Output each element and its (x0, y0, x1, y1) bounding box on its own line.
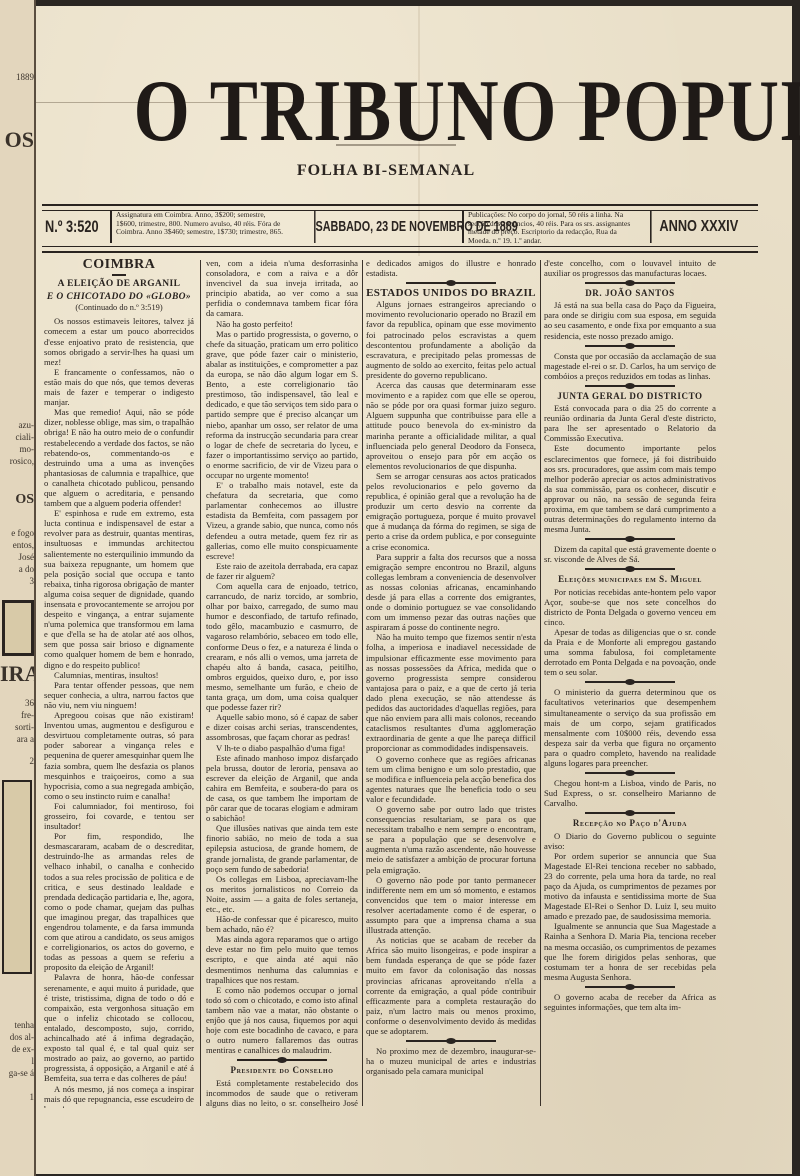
column-1: COIMBRA A ELEIÇÃO DE ARGANIL E O CHICOTA… (44, 258, 194, 1108)
section-heading-presidente: Presidente do Conselho (206, 1065, 358, 1075)
paragraph: O governo acaba de receber da Africa as … (544, 992, 716, 1012)
divider-ornament (585, 282, 675, 284)
divider-ornament (585, 385, 675, 387)
subtitle-ornament (336, 144, 456, 146)
paragraph: ven, com a ideia n'uma desforrasinha con… (206, 258, 358, 319)
issue-date: SABBADO, 23 DE NOVEMBRO DE 1889 (314, 211, 438, 243)
paragraph: Por ordem superior se annuncia que Sua M… (544, 851, 716, 922)
column-divider (540, 260, 541, 1106)
divider-ornament (585, 986, 675, 988)
paragraph: E' o trabalho mais notavel, este da chef… (206, 480, 358, 561)
article-columns: COIMBRA A ELEIÇÃO DE ARGANIL E O CHICOTA… (44, 258, 756, 1158)
adjacent-page-strip: 1889 OS azu- ciali- mo- rosico, OS e fog… (0, 0, 36, 1176)
paragraph: d'este concelho, com o louvavel intuito … (544, 258, 716, 278)
paragraph: Hão-de confessar que é picaresco, muito … (206, 914, 358, 934)
paragraph: Com aquella cara de enjoado, tetrico, ca… (206, 581, 358, 712)
news-item-title: JUNTA GERAL DO DISTRICTO (544, 391, 716, 401)
column-2: ven, com a ideia n'uma desforrasinha con… (206, 258, 358, 1108)
divider-ornament (585, 681, 675, 683)
paragraph: Aquelle sabio mono, só é capaz de saber … (206, 712, 358, 742)
strip-fragment: 1889 (0, 72, 34, 82)
paragraph: Não ha gosto perfeito! (206, 319, 358, 329)
strip-fragment: 3 (0, 576, 34, 586)
paragraph: Para tentar offender pessoas, que nem se… (44, 680, 194, 710)
paragraph: Palavra de honra, hão-de confessar seren… (44, 972, 194, 1083)
column-divider (362, 260, 363, 1106)
strip-fragment: l (0, 1056, 34, 1066)
dash-ornament (112, 274, 126, 276)
masthead: O TRIBUNO POPULAR FOLHA BI-SEMANAL N.º 3… (36, 6, 792, 256)
paragraph: Acerca das causas que determinaram esse … (366, 380, 536, 471)
paragraph: V lh-te o diabo paspalhão d'uma figa! (206, 743, 358, 753)
strip-ornament-box (2, 600, 34, 656)
strip-fragment: José (0, 552, 34, 562)
paragraph: Calumnias, mentiras, insultos! (44, 670, 194, 680)
strip-fragment: rosico, (0, 456, 34, 466)
newspaper-subtitle: FOLHA BI-SEMANAL (216, 162, 556, 180)
paragraph: Igualmente se annuncia que Sua Magestade… (544, 921, 716, 982)
divider-ornament (406, 1040, 496, 1042)
paragraph: No proximo mez de dezembro, inaugurar-se… (366, 1046, 536, 1076)
paragraph: O ministerio da guerra determinou que os… (544, 687, 716, 768)
strip-fragment: OS (0, 128, 34, 152)
paragraph: Que illusões nativas que ainda tem este … (206, 823, 358, 873)
strip-fragment: 36 (0, 698, 34, 708)
issue-number: N.º 3:520 (42, 217, 93, 237)
news-item-title: Recepção no Paço d'Ajuda (544, 818, 716, 828)
paragraph: Sem se arrogar censuras aos actos pratic… (366, 471, 536, 552)
article-subheadline: E O CHICOTADO DO «GLOBO» (44, 292, 194, 302)
strip-fragment: mo- (0, 444, 34, 454)
divider-ornament (237, 1059, 327, 1061)
paragraph: Por fim, respondido, lhe desmascararam, … (44, 831, 194, 972)
paragraph: Já está na sua bella casa do Paço da Fig… (544, 300, 716, 340)
paragraph: Não ha muito tempo que fizemos sentir n'… (366, 632, 536, 753)
paragraph: O governo sabe por outro lado que triste… (366, 804, 536, 875)
paragraph: Chegou hont-m a Lisboa, vindo de Paris, … (544, 778, 716, 808)
column-3: e dedicados amigos do illustre e honrado… (366, 258, 536, 1108)
strip-fragment: IRA (0, 662, 34, 686)
section-heading-brazil: ESTADOS UNIDOS DO BRAZIL (366, 288, 536, 298)
newspaper-page: O TRIBUNO POPULAR FOLHA BI-SEMANAL N.º 3… (36, 6, 792, 1174)
paragraph: Os nossos estimaveis leitores, talvez já… (44, 316, 194, 366)
strip-fragment: ciali- (0, 432, 34, 442)
paragraph: e dedicados amigos do illustre e honrado… (366, 258, 536, 278)
paragraph: A nós mesmo, já nos começa a inspirar ma… (44, 1084, 194, 1109)
strip-fragment: 2 (0, 756, 34, 766)
infobar-rule-bottom (42, 246, 758, 253)
paragraph: Mas o partido progressista, o governo, o… (206, 329, 358, 480)
strip-fragment: ara a (0, 734, 34, 744)
paragraph: Mas ainda agora reparamos que o artigo d… (206, 934, 358, 984)
strip-fragment: a do (0, 564, 34, 574)
column-divider (200, 260, 201, 1106)
strip-fragment: ga-se á (0, 1068, 34, 1078)
continued-note: (Continuado do n.º 3:519) (44, 303, 194, 313)
paragraph: Para supprir a falta dos recursos que a … (366, 552, 536, 633)
divider-ornament (585, 345, 675, 347)
paragraph: Apregoou coisas que não existiram! Inven… (44, 710, 194, 801)
paragraph: Foi calumniador, foi mentiroso, foi gros… (44, 801, 194, 831)
strip-fragment: e fogo (0, 528, 34, 538)
divider-ornament (585, 538, 675, 540)
paragraph: E' espinhosa e rude em extremo, esta luc… (44, 508, 194, 670)
paragraph: Os collegas em Lisboa, apreciavam-lhe os… (206, 874, 358, 914)
divider-ornament (406, 282, 496, 284)
paragraph: Consta que por occasião da acclamação de… (544, 351, 716, 381)
paragraph: Mas que remedio! Aqui, não se póde dizer… (44, 407, 194, 508)
divider-ornament (585, 812, 675, 814)
news-item-title: Eleições municipaes em S. Miguel (544, 574, 716, 584)
strip-fragment: azu- (0, 420, 34, 430)
paragraph: O governo não pode por tanto permanecer … (366, 875, 536, 936)
strip-ornament-box (2, 780, 32, 974)
paragraph: O governo conhece que as regiões african… (366, 754, 536, 804)
paragraph: Por noticias recebidas ante-hontem pelo … (544, 587, 716, 627)
strip-fragment: dos al- (0, 1032, 34, 1042)
paragraph: Apesar de todas as diligencias que o sr.… (544, 627, 716, 677)
paragraph: E francamente o confessamos, não o estão… (44, 367, 194, 407)
strip-fragment: 1 (0, 1092, 34, 1102)
paragraph: As noticias que se acabam de receber da … (366, 935, 536, 1036)
news-item-title: DR. JOÃO SANTOS (544, 288, 716, 298)
article-headline: A ELEIÇÃO DE ARGANIL (44, 279, 194, 289)
issue-info-bar: N.º 3:520 Assignatura em Coimbra. Anno, … (42, 210, 758, 244)
paragraph: Está completamente restabelecido dos inc… (206, 1078, 358, 1109)
column-4: d'este concelho, com o louvavel intuito … (544, 258, 716, 1108)
paragraph: Alguns jornaes estrangeiros apreciando o… (366, 299, 536, 380)
paragraph: E como não podemos occupar o jornal todo… (206, 985, 358, 1056)
strip-fragment: tenha (0, 1020, 34, 1030)
divider-ornament (585, 772, 675, 774)
paragraph: Está convocada para o dia 25 do corrente… (544, 403, 716, 443)
strip-fragment: OS (0, 492, 34, 508)
strip-fragment: de ex- (0, 1044, 34, 1054)
paragraph: Este afinado manhoso impoz disfarçado pe… (206, 753, 358, 824)
paragraph: O Diario do Governo publicou o seguinte … (544, 831, 716, 851)
strip-fragment: fre- (0, 710, 34, 720)
paragraph: Dizem da capital que está gravemente doe… (544, 544, 716, 564)
paragraph: Este raio de azeitola derrabada, era cap… (206, 561, 358, 581)
issue-year: ANNO XXXIV (650, 211, 746, 243)
divider-ornament (585, 568, 675, 570)
paragraph: Este documento importante pelos esclarec… (544, 443, 716, 534)
strip-fragment: sorti- (0, 722, 34, 732)
section-heading-coimbra: COIMBRA (44, 260, 194, 270)
subscription-prices: Assignatura em Coimbra. Anno, 3$200; sem… (110, 211, 290, 243)
strip-fragment: entos, (0, 540, 34, 550)
